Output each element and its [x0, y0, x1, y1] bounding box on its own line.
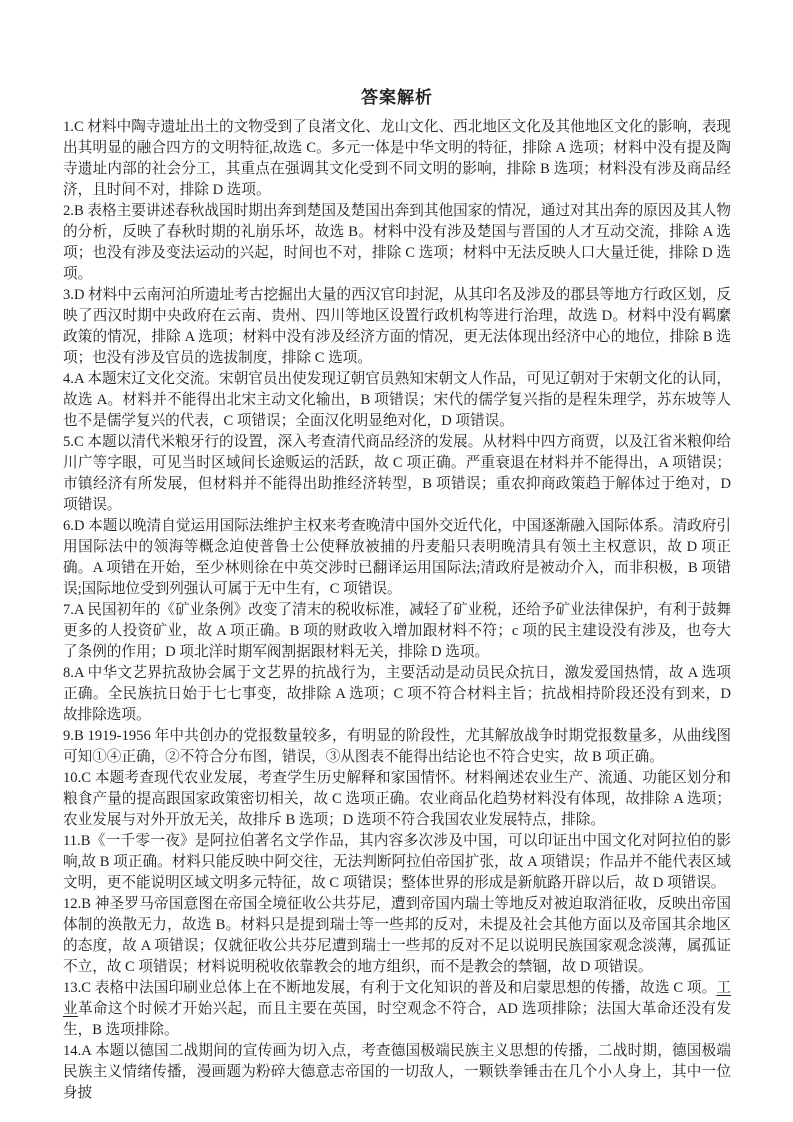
- answer-text: 6.D 本题以晚清自觉运用国际法维护主权来考查晚清中国外交近代化，中国逐渐融入国…: [63, 518, 731, 597]
- answer-paragraph-3: 3.D 材料中云南河泊所遗址考古挖掘出大量的西汉官印封泥，从其印名及涉及的郡县等…: [63, 285, 731, 369]
- answer-text: 5.C 本题以清代米粮牙行的设置，深入考查清代商品经济的发展。从材料中四方商贾，…: [63, 434, 731, 513]
- answer-text: 12.B 神圣罗马帝国意图在帝国全境征收公共芬尼，遭到帝国内瑞士等地反对被迫取消…: [63, 896, 731, 975]
- answer-text: 3.D 材料中云南河泊所遗址考古挖掘出大量的西汉官印封泥，从其印名及涉及的郡县等…: [63, 287, 731, 366]
- answer-text: 8.A 中华文艺界抗敌协会属于文艺界的抗战行为，主要活动是动员民众抗日，激发爱国…: [63, 665, 731, 723]
- answer-text: 革命这个时候才开始兴起，而且主要在英国，时空观念不符合，AD 选项排除；法国大革…: [63, 1001, 731, 1038]
- answer-paragraph-11: 11.B《一千零一夜》是阿拉伯著名文学作品，其内容多次涉及中国，可以印证出中国文…: [63, 831, 731, 894]
- answer-paragraph-10: 10.C 本题考查现代农业发展，考查学生历史解释和家国情怀。材料阐述农业生产、流…: [63, 768, 731, 831]
- answer-paragraph-7: 7.A 民国初年的《矿业条例》改变了清末的税收标准，减轻了矿业税，还给予矿业法律…: [63, 600, 731, 663]
- answer-text: 4.A 本题宋辽文化交流。宋朝官员出使发现辽朝官员熟知宋朝文人作品，可见辽朝对于…: [63, 371, 731, 429]
- answer-paragraph-12: 12.B 神圣罗马帝国意图在帝国全境征收公共芬尼，遭到帝国内瑞士等地反对被迫取消…: [63, 894, 731, 978]
- answer-paragraph-6: 6.D 本题以晚清自觉运用国际法维护主权来考查晚清中国外交近代化，中国逐渐融入国…: [63, 516, 731, 600]
- answer-text: 7.A 民国初年的《矿业条例》改变了清末的税收标准，减轻了矿业税，还给予矿业法律…: [63, 602, 731, 660]
- answer-list: 1.C 材料中陶寺遗址出土的文物受到了良渚文化、龙山文化、西北地区文化及其他地区…: [63, 117, 731, 1104]
- answer-paragraph-2: 2.B 表格主要讲述春秋战国时期出奔到楚国及楚国出奔到其他国家的情况，通过对其出…: [63, 201, 731, 285]
- answer-paragraph-8: 8.A 中华文艺界抗敌协会属于文艺界的抗战行为，主要活动是动员民众抗日，激发爱国…: [63, 663, 731, 726]
- answer-paragraph-9: 9.B 1919-1956 年中共创办的党报数量较多，有明显的阶段性，尤其解放战…: [63, 726, 731, 768]
- page-title: 答案解析: [63, 86, 731, 110]
- answer-text: 14.A 本题以德国二战期间的宣传画为切入点，考查德国极端民族主义思想的传播，二…: [63, 1043, 731, 1101]
- answer-text: 1.C 材料中陶寺遗址出土的文物受到了良渚文化、龙山文化、西北地区文化及其他地区…: [63, 119, 731, 198]
- answer-text: 2.B 表格主要讲述春秋战国时期出奔到楚国及楚国出奔到其他国家的情况，通过对其出…: [63, 203, 731, 282]
- answer-paragraph-1: 1.C 材料中陶寺遗址出土的文物受到了良渚文化、龙山文化、西北地区文化及其他地区…: [63, 117, 731, 201]
- answer-text: 13.C 表格中法国印刷业总体上在不断地发展，有利于文化知识的普及和启蒙思想的传…: [63, 980, 716, 996]
- answer-paragraph-14: 14.A 本题以德国二战期间的宣传画为切入点，考查德国极端民族主义思想的传播，二…: [63, 1041, 731, 1104]
- answer-paragraph-4: 4.A 本题宋辽文化交流。宋朝官员出使发现辽朝官员熟知宋朝文人作品，可见辽朝对于…: [63, 369, 731, 432]
- answer-text: 10.C 本题考查现代农业发展，考查学生历史解释和家国情怀。材料阐述农业生产、流…: [63, 770, 731, 828]
- answer-paragraph-5: 5.C 本题以清代米粮牙行的设置，深入考查清代商品经济的发展。从材料中四方商贾，…: [63, 432, 731, 516]
- document-page: 答案解析 1.C 材料中陶寺遗址出土的文物受到了良渚文化、龙山文化、西北地区文化…: [0, 0, 793, 1122]
- answer-text: 11.B《一千零一夜》是阿拉伯著名文学作品，其内容多次涉及中国，可以印证出中国文…: [63, 833, 731, 891]
- answer-paragraph-13: 13.C 表格中法国印刷业总体上在不断地发展，有利于文化知识的普及和启蒙思想的传…: [63, 978, 731, 1041]
- answer-text: 9.B 1919-1956 年中共创办的党报数量较多，有明显的阶段性，尤其解放战…: [63, 728, 731, 765]
